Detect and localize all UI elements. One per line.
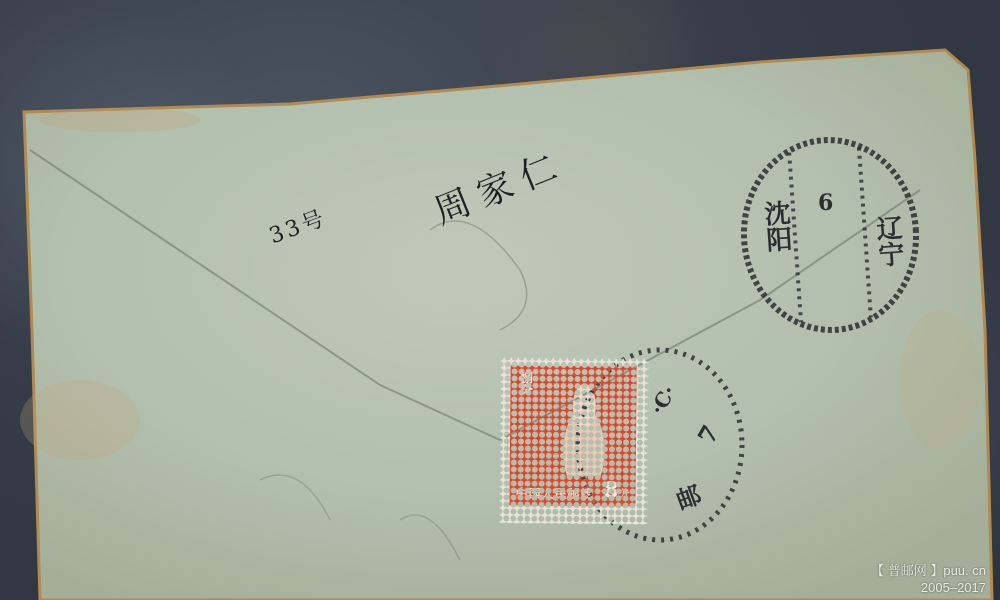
postmark-1-right-text: 辽宁 [868,214,909,268]
site-watermark: 【 普邮网 】puu. cn 2005–2017 [871,562,986,596]
stamp-unit: 分 [618,487,629,500]
worker-figure-illustration [548,376,621,477]
stamp-denomination: 8 [603,478,619,503]
stamp-value-text: 捌分 [518,372,535,396]
postmark-1-middle-text: 6 [818,190,833,216]
stamp-country: 中国人民邮政 [515,484,593,502]
watermark-site: 【 普邮网 】puu. cn [871,562,986,579]
watermark-years: 2005–2017 [871,579,986,596]
postmark-1-left-text: 沈阳 [756,199,797,253]
postage-stamp: 捌分 中国人民邮政 8分 [499,357,648,524]
